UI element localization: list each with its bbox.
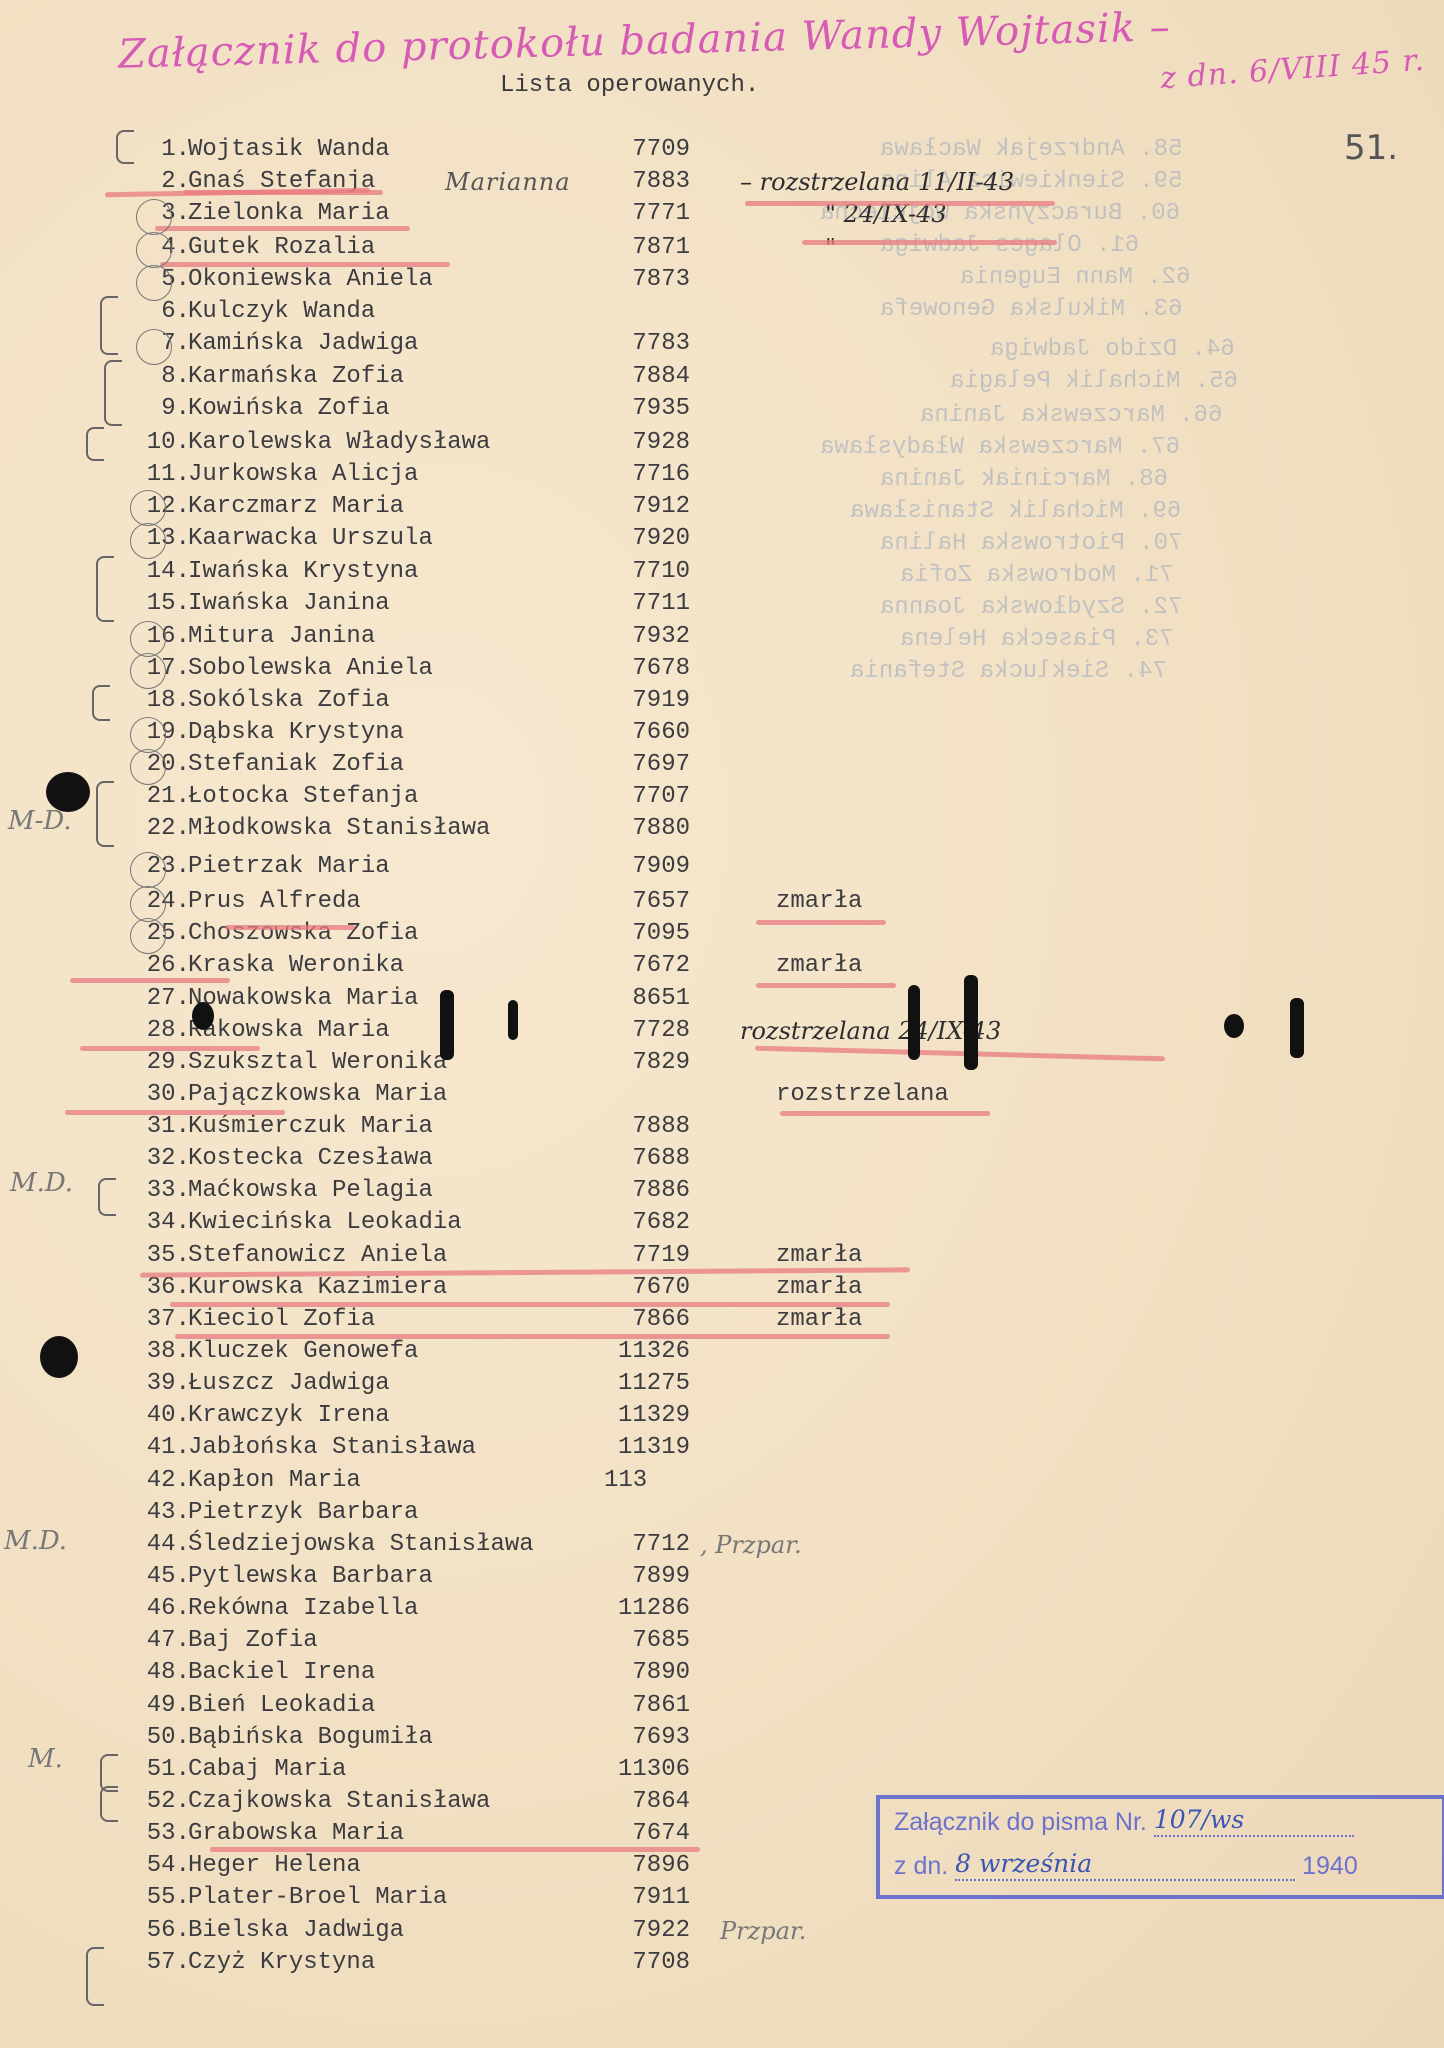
- stamp-line-1: Załącznik do pisma Nr. 107/ws: [894, 1805, 1354, 1837]
- row-id: 7920: [520, 523, 690, 555]
- row-id: 7719: [520, 1240, 690, 1272]
- stamp-year: 1940: [1302, 1852, 1358, 1880]
- row-name: Jurkowska Alicja: [188, 459, 418, 491]
- row-number: 27.: [100, 983, 190, 1015]
- list-row: 39.Łuszcz Jadwiga11275: [0, 1368, 1444, 1400]
- red-underline: [70, 978, 230, 983]
- row-number: 37.: [100, 1304, 190, 1336]
- ink-blot: [440, 990, 454, 1060]
- row-note: zmarła: [776, 886, 862, 918]
- pencil-bracket: [96, 556, 114, 622]
- list-row: 1.Wojtasik Wanda7709: [0, 134, 1444, 166]
- list-row: 16.Mitura Janina7932: [0, 621, 1444, 653]
- row-id: 11329: [520, 1400, 690, 1432]
- row-number: 44.: [100, 1529, 190, 1561]
- row-id: 7829: [520, 1047, 690, 1079]
- list-row: 38.Kluczek Genowefa11326: [0, 1336, 1444, 1368]
- red-underline: [65, 1110, 285, 1115]
- row-id: 7693: [520, 1722, 690, 1754]
- list-row: 44.Śledziejowska Stanisława7712, Przpar.: [0, 1529, 1444, 1561]
- row-id: 7697: [520, 749, 690, 781]
- row-name: Kamińska Jadwiga: [188, 328, 418, 360]
- pencil-circle: [136, 199, 172, 235]
- pencil-circle: [136, 329, 172, 365]
- row-name: Nowakowska Maria: [188, 983, 418, 1015]
- row-name: Kapłon Maria: [188, 1465, 361, 1497]
- row-number: 45.: [100, 1561, 190, 1593]
- pencil-bracket: [98, 1178, 116, 1216]
- red-underline: [170, 1302, 890, 1307]
- row-number: 53.: [100, 1818, 190, 1850]
- ink-blot: [508, 1000, 518, 1040]
- list-row: 9.Kowińska Zofia7935: [0, 393, 1444, 425]
- attachment-stamp: Załącznik do pisma Nr. 107/ws z dn. 8 wr…: [876, 1795, 1444, 1899]
- row-number: 47.: [100, 1625, 190, 1657]
- row-number: 10.: [100, 427, 190, 459]
- row-name: Jabłońska Stanisława: [188, 1432, 476, 1464]
- list-row: 42.Kapłon Maria113: [0, 1465, 1444, 1497]
- list-row: 19.Dąbska Krystyna7660: [0, 717, 1444, 749]
- row-note: rozstrzelana: [776, 1079, 949, 1111]
- row-name: Bień Leokadia: [188, 1690, 375, 1722]
- row-id: 7922: [520, 1915, 690, 1947]
- row-id: 11326: [520, 1336, 690, 1368]
- pencil-circle: [136, 265, 172, 301]
- stamp-field-number: 107/ws: [1154, 1805, 1354, 1837]
- list-row: 23.Pietrzak Maria7909: [0, 851, 1444, 883]
- row-id: 7688: [520, 1143, 690, 1175]
- list-row: 32.Kostecka Czesława7688: [0, 1143, 1444, 1175]
- list-row: 21.Łotocka Stefanja7707: [0, 781, 1444, 813]
- ink-blot: [1290, 998, 1304, 1058]
- row-id: 7919: [520, 685, 690, 717]
- red-underline: [183, 190, 383, 195]
- list-row: 56.Bielska Jadwiga7922Przpar.: [0, 1915, 1444, 1947]
- row-name: Grabowska Maria: [188, 1818, 404, 1850]
- row-name: Kowińska Zofia: [188, 393, 390, 425]
- list-row: 20.Stefaniak Zofia7697: [0, 749, 1444, 781]
- row-name: Czyż Krystyna: [188, 1947, 375, 1979]
- row-name: Kaarwacka Urszula: [188, 523, 433, 555]
- row-name: Okoniewska Aniela: [188, 264, 433, 296]
- row-id: 7899: [520, 1561, 690, 1593]
- row-number: 48.: [100, 1657, 190, 1689]
- row-name: Kluczek Genowefa: [188, 1336, 418, 1368]
- row-name: Sokólska Zofia: [188, 685, 390, 717]
- list-row: 49.Bień Leokadia7861: [0, 1690, 1444, 1722]
- list-row: 57.Czyż Krystyna7708: [0, 1947, 1444, 1979]
- row-id: 8651: [520, 983, 690, 1015]
- page-title: Lista operowanych.: [500, 72, 759, 99]
- row-name: Szuksztal Weronika: [188, 1047, 447, 1079]
- row-name: Dąbska Krystyna: [188, 717, 404, 749]
- row-id: 7711: [520, 588, 690, 620]
- row-name: Bielska Jadwiga: [188, 1915, 404, 1947]
- red-underline: [780, 1111, 990, 1116]
- pencil-bracket: [96, 781, 114, 847]
- list-row: 41.Jabłońska Stanisława11319: [0, 1432, 1444, 1464]
- pencil-circle: [130, 749, 166, 785]
- pencil-circle: [130, 886, 166, 922]
- ink-blot: [40, 1336, 78, 1378]
- row-name: Pietrzyk Barbara: [188, 1497, 418, 1529]
- row-number: 28.: [100, 1015, 190, 1047]
- ink-blot: [192, 1002, 214, 1030]
- row-number: 43.: [100, 1497, 190, 1529]
- stamp-line-2: z dn. 8 września 1940: [894, 1849, 1358, 1881]
- pencil-circle: [130, 490, 166, 526]
- list-row: 27.Nowakowska Maria8651: [0, 983, 1444, 1015]
- pencil-circle: [136, 232, 172, 268]
- row-id: 7728: [520, 1015, 690, 1047]
- row-id: 7886: [520, 1175, 690, 1207]
- row-id: 7716: [520, 459, 690, 491]
- row-name: Plater-Broel Maria: [188, 1882, 447, 1914]
- row-number: 42.: [100, 1465, 190, 1497]
- row-name: Rakowska Maria: [188, 1015, 390, 1047]
- row-note: zmarła: [776, 950, 862, 982]
- row-id: 7783: [520, 328, 690, 360]
- row-name: Heger Helena: [188, 1850, 361, 1882]
- row-name: Kulczyk Wanda: [188, 296, 375, 328]
- row-number: 57.: [100, 1947, 190, 1979]
- row-number: 32.: [100, 1143, 190, 1175]
- list-row: 4.Gutek Rozalia7871": [0, 232, 1444, 264]
- ink-blot: [46, 772, 90, 812]
- list-row: 22.Młodkowska Stanisława7880: [0, 813, 1444, 845]
- list-row: 5.Okoniewska Aniela7873: [0, 264, 1444, 296]
- list-row: 12.Karczmarz Maria7912: [0, 491, 1444, 523]
- row-id: 7888: [520, 1111, 690, 1143]
- row-number: 54.: [100, 1850, 190, 1882]
- row-note: zmarła: [776, 1304, 862, 1336]
- row-id: 7708: [520, 1947, 690, 1979]
- stamp-number-value: 107/ws: [1154, 1805, 1244, 1834]
- row-number: 38.: [100, 1336, 190, 1368]
- row-note: – rozstrzelana 11/II-43: [740, 166, 1014, 198]
- row-name: Maćkowska Pelagia: [188, 1175, 433, 1207]
- list-row: 34.Kwiecińska Leokadia7682: [0, 1207, 1444, 1239]
- row-id: 7883: [520, 166, 690, 198]
- row-name: Młodkowska Stanisława: [188, 813, 490, 845]
- row-name: Rekówna Izabella: [188, 1593, 418, 1625]
- pencil-circle: [130, 852, 166, 888]
- list-row: 45.Pytlewska Barbara7899: [0, 1561, 1444, 1593]
- row-name: Bąbińska Bogumiła: [188, 1722, 433, 1754]
- pencil-circle: [130, 717, 166, 753]
- pencil-circle: [130, 621, 166, 657]
- row-number: 30.: [100, 1079, 190, 1111]
- row-id: 7909: [520, 851, 690, 883]
- row-id: 7884: [520, 361, 690, 393]
- row-id: 7896: [520, 1850, 690, 1882]
- row-name: Śledziejowska Stanisława: [188, 1529, 534, 1561]
- row-id: 11275: [520, 1368, 690, 1400]
- row-note: Przpar.: [720, 1915, 806, 1947]
- row-id: 7678: [520, 653, 690, 685]
- row-id: 7710: [520, 556, 690, 588]
- row-name: Iwańska Krystyna: [188, 556, 418, 588]
- stamp-label-number: Załącznik do pisma Nr.: [894, 1808, 1147, 1836]
- list-row: 7.Kamińska Jadwiga7783: [0, 328, 1444, 360]
- row-number: 41.: [100, 1432, 190, 1464]
- row-id: 7912: [520, 491, 690, 523]
- row-name: Backiel Irena: [188, 1657, 375, 1689]
- row-name: Stefanowicz Aniela: [188, 1240, 447, 1272]
- row-id: 7932: [520, 621, 690, 653]
- row-name: Pytlewska Barbara: [188, 1561, 433, 1593]
- pencil-bracket: [92, 685, 110, 721]
- list-row: 50.Bąbińska Bogumiła7693: [0, 1722, 1444, 1754]
- row-number: 35.: [100, 1240, 190, 1272]
- ink-blot: [908, 985, 920, 1060]
- row-name: Cabaj Maria: [188, 1754, 346, 1786]
- row-id: 7861: [520, 1690, 690, 1722]
- row-note: , Przpar.: [700, 1529, 802, 1561]
- row-id: 7866: [520, 1304, 690, 1336]
- row-number: 46.: [100, 1593, 190, 1625]
- red-underline: [210, 1847, 700, 1852]
- row-id: 7672: [520, 950, 690, 982]
- pencil-bracket: [100, 296, 118, 355]
- list-row: 11.Jurkowska Alicja7716: [0, 459, 1444, 491]
- row-name: Czajkowska Stanisława: [188, 1786, 490, 1818]
- list-row: 10.Karolewska Władysława7928: [0, 427, 1444, 459]
- row-id: 7660: [520, 717, 690, 749]
- row-name: Kieciol Zofia: [188, 1304, 375, 1336]
- list-row: 35.Stefanowicz Aniela7719zmarła: [0, 1240, 1444, 1272]
- row-note: ": [825, 232, 836, 264]
- row-name: Gutek Rozalia: [188, 232, 375, 264]
- row-name: Pajączkowska Maria: [188, 1079, 447, 1111]
- row-id: 7707: [520, 781, 690, 813]
- margin-note: M.D.: [10, 1168, 73, 1198]
- pencil-bracket: [116, 130, 134, 164]
- ink-blot: [964, 975, 978, 1070]
- red-underline: [745, 201, 1055, 206]
- list-row: 37.Kieciol Zofia7866zmarła: [0, 1304, 1444, 1336]
- row-id: 113: [604, 1465, 774, 1497]
- list-row: 30.Pajączkowska Mariarozstrzelana: [0, 1079, 1444, 1111]
- row-name: Karolewska Władysława: [188, 427, 490, 459]
- row-id: 7095: [520, 918, 690, 950]
- row-number: 55.: [100, 1882, 190, 1914]
- row-id: 7864: [520, 1786, 690, 1818]
- row-number: 50.: [100, 1722, 190, 1754]
- list-row: 14.Iwańska Krystyna7710: [0, 556, 1444, 588]
- list-row: 13.Kaarwacka Urszula7920: [0, 523, 1444, 555]
- row-id: 7911: [520, 1882, 690, 1914]
- list-row: 15.Iwańska Janina7711: [0, 588, 1444, 620]
- row-name: Stefaniak Zofia: [188, 749, 404, 781]
- list-row: 43.Pietrzyk Barbara: [0, 1497, 1444, 1529]
- row-number: 11.: [100, 459, 190, 491]
- handwritten-header-note: Załącznik do protokołu badania Wandy Woj…: [118, 4, 1172, 78]
- red-underline: [225, 925, 355, 930]
- red-underline: [80, 1046, 260, 1051]
- row-name: Kwiecińska Leokadia: [188, 1207, 462, 1239]
- row-note: zmarła: [776, 1272, 862, 1304]
- row-number: 40.: [100, 1400, 190, 1432]
- stamp-field-date: 8 września: [955, 1849, 1295, 1881]
- red-underline: [756, 983, 896, 988]
- row-name: Sobolewska Aniela: [188, 653, 433, 685]
- pencil-bracket: [100, 1786, 118, 1822]
- list-row: 25.Choszowska Zofia7095: [0, 918, 1444, 950]
- pencil-bracket: [86, 1947, 104, 2006]
- row-name: Wojtasik Wanda: [188, 134, 390, 166]
- row-id: 7657: [520, 886, 690, 918]
- row-id: 7873: [520, 264, 690, 296]
- row-number: 56.: [100, 1915, 190, 1947]
- list-row: 24.Prus Alfreda7657zmarła: [0, 886, 1444, 918]
- row-id: 11319: [520, 1432, 690, 1464]
- list-row: 17.Sobolewska Aniela7678: [0, 653, 1444, 685]
- row-name: Baj Zofia: [188, 1625, 318, 1657]
- red-underline: [155, 226, 410, 231]
- row-name: Pietrzak Maria: [188, 851, 390, 883]
- pencil-circle: [130, 653, 166, 689]
- list-row: 48.Backiel Irena7890: [0, 1657, 1444, 1689]
- row-id: 7709: [520, 134, 690, 166]
- row-name: Łuszcz Jadwiga: [188, 1368, 390, 1400]
- row-id: 7890: [520, 1657, 690, 1689]
- list-row: 33.Maćkowska Pelagia7886: [0, 1175, 1444, 1207]
- row-number: 18.: [100, 685, 190, 717]
- red-underline: [802, 240, 1057, 245]
- pencil-circle: [130, 523, 166, 559]
- pencil-circle: [130, 918, 166, 954]
- row-number: 49.: [100, 1690, 190, 1722]
- list-row: 31.Kuśmierczuk Maria7888: [0, 1111, 1444, 1143]
- ink-blot: [1224, 1014, 1244, 1038]
- row-id: 7682: [520, 1207, 690, 1239]
- handwritten-header-date: z dn. 6/VIII 45 r.: [1159, 43, 1426, 96]
- list-row: 51.Cabaj Maria11306: [0, 1754, 1444, 1786]
- row-name: Iwańska Janina: [188, 588, 390, 620]
- row-id: 7712: [520, 1529, 690, 1561]
- pencil-bracket: [104, 360, 122, 426]
- list-row: 8.Karmańska Zofia7884: [0, 361, 1444, 393]
- row-id: 7871: [520, 232, 690, 264]
- row-id: 7928: [520, 427, 690, 459]
- row-number: 29.: [100, 1047, 190, 1079]
- list-row: 18.Sokólska Zofia7919: [0, 685, 1444, 717]
- red-underline: [756, 920, 886, 925]
- row-number: 1.: [100, 134, 190, 166]
- row-name: Choszowska Zofia: [188, 918, 418, 950]
- list-row: 6.Kulczyk Wanda: [0, 296, 1444, 328]
- stamp-date-value: 8 września: [955, 1849, 1092, 1878]
- row-name: Krawczyk Irena: [188, 1400, 390, 1432]
- row-id: 7935: [520, 393, 690, 425]
- stamp-label-date: z dn.: [894, 1852, 948, 1880]
- red-underline: [160, 262, 450, 267]
- list-row: 47.Baj Zofia7685: [0, 1625, 1444, 1657]
- red-underline: [175, 1334, 890, 1339]
- margin-note: M.D.: [4, 1526, 67, 1556]
- row-id: 7670: [520, 1272, 690, 1304]
- row-name: Łotocka Stefanja: [188, 781, 418, 813]
- list-row: 46.Rekówna Izabella11286: [0, 1593, 1444, 1625]
- row-name: Prus Alfreda: [188, 886, 361, 918]
- row-note: rozstrzelana 24/IX-43: [740, 1015, 1001, 1047]
- row-name: Karmańska Zofia: [188, 361, 404, 393]
- list-row: 40.Krawczyk Irena11329: [0, 1400, 1444, 1432]
- row-number: 39.: [100, 1368, 190, 1400]
- row-id: 7674: [520, 1818, 690, 1850]
- row-number: 31.: [100, 1111, 190, 1143]
- row-id: 11286: [520, 1593, 690, 1625]
- row-id: 7771: [520, 198, 690, 230]
- list-row: 29.Szuksztal Weronika7829: [0, 1047, 1444, 1079]
- row-name: Kuśmierczuk Maria: [188, 1111, 433, 1143]
- row-name: Mitura Janina: [188, 621, 375, 653]
- row-name: Karczmarz Maria: [188, 491, 404, 523]
- pencil-bracket: [86, 427, 104, 461]
- row-id: 7685: [520, 1625, 690, 1657]
- margin-note: M.: [28, 1744, 63, 1774]
- row-id: 7880: [520, 813, 690, 845]
- row-name: Kostecka Czesława: [188, 1143, 433, 1175]
- row-id: 11306: [520, 1754, 690, 1786]
